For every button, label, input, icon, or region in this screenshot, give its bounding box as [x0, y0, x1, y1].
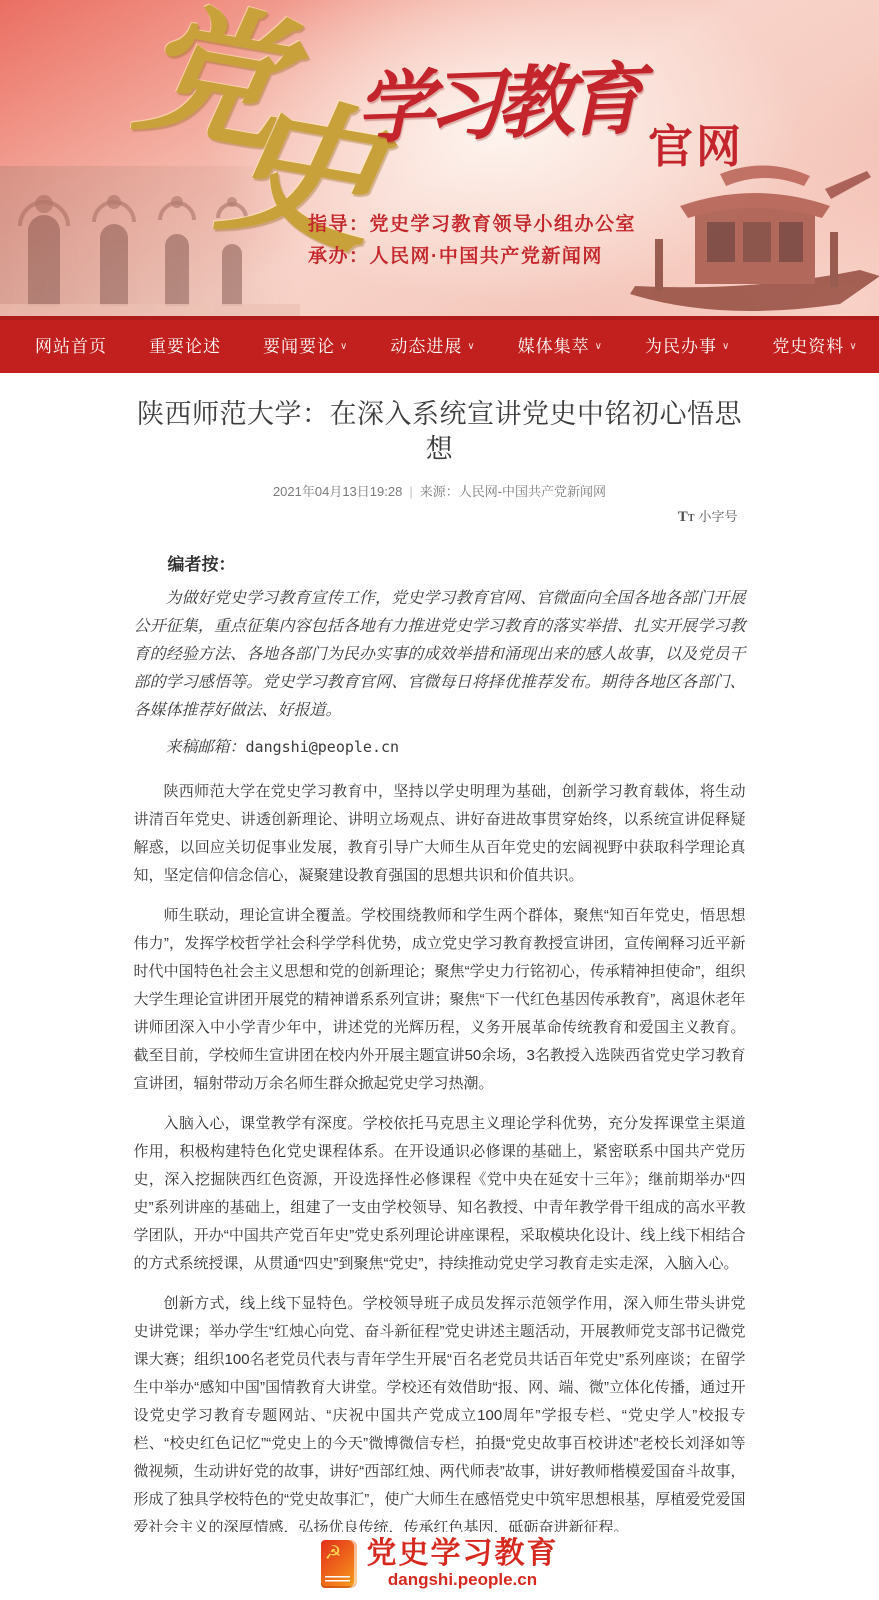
book-pages-decoration [325, 1576, 350, 1584]
footer-site-name: 党史学习教育 [367, 1538, 559, 1570]
font-size-control[interactable]: TT小字号 [134, 506, 746, 526]
submission-label: 来稿邮箱： [166, 739, 246, 756]
chevron-down-icon: ∨ [340, 338, 348, 352]
nav-item-party-history-materials[interactable]: 党史资料 ∨ [772, 332, 857, 357]
submission-line: 来稿邮箱：dangshi@people.cn [134, 733, 746, 762]
nav-item-important-discourse[interactable]: 重要论述 [149, 332, 221, 357]
red-book-icon: ☭ [321, 1540, 357, 1588]
nav-item-media-highlights[interactable]: 媒体集萃 ∨ [518, 332, 603, 357]
article-source: 来源：人民网-中国共产党新闻网 [420, 484, 606, 499]
nav-item-serve-people[interactable]: 为民办事 ∨ [645, 332, 730, 357]
editor-note-label: 编者按： [134, 550, 746, 575]
main-nav: 网站首页 重要论述 要闻要论 ∨ 动态进展 ∨ 媒体集萃 ∨ 为民办事 ∨ 党史… [0, 316, 879, 373]
font-size-icon: T [678, 509, 688, 525]
body-paragraph: 陕西师范大学在党史学习教育中，坚持以学史明理为基础，创新学习教育载体，将生动讲清… [134, 778, 746, 890]
site-suffix-guanwang: 官网 [648, 124, 744, 169]
body-paragraph: 创新方式，线上线下显特色。学校领导班子成员发挥示范领学作用，深入师生带头讲党史讲… [134, 1290, 746, 1532]
chevron-down-icon: ∨ [467, 338, 475, 352]
calligraphy-xuexijiaoyu: 学习教育 [355, 61, 638, 149]
hammer-sickle-icon: ☭ [325, 1542, 342, 1565]
chevron-down-icon: ∨ [722, 338, 730, 352]
footer-logo[interactable]: ☭ 党史学习教育 dangshi.people.cn [0, 1538, 879, 1590]
body-paragraph: 师生联动，理论宣讲全覆盖。学校围绕教师和学生两个群体，聚焦“知百年党史，悟思想伟… [134, 902, 746, 1098]
publish-date: 2021年04月13日19:28 [273, 484, 402, 499]
host-line: 承办：人民网·中国共产党新闻网 [308, 241, 636, 273]
article-container: 陕西师范大学：在深入系统宣讲党史中铭初心悟思想 2021年04月13日19:28… [134, 397, 746, 1532]
nav-item-home[interactable]: 网站首页 [35, 332, 107, 357]
nav-item-key-news[interactable]: 要闻要论 ∨ [263, 332, 348, 357]
font-size-label: 小字号 [698, 509, 737, 524]
banner-credits: 指导：党史学习教育领导小组办公室 承办：人民网·中国共产党新闻网 [308, 209, 636, 273]
editor-note-text: 为做好党史学习教育宣传工作，党史学习教育官网、官微面向全国各地各部门开展公开征集… [134, 585, 746, 725]
guide-line: 指导：党史学习教育领导小组办公室 [308, 209, 636, 241]
article-meta: 2021年04月13日19:28|来源：人民网-中国共产党新闻网 [134, 481, 746, 500]
chevron-down-icon: ∨ [849, 338, 857, 352]
meta-separator: | [409, 484, 412, 499]
nav-item-developments[interactable]: 动态进展 ∨ [390, 332, 475, 357]
article-title: 陕西师范大学：在深入系统宣讲党史中铭初心悟思想 [134, 397, 746, 467]
article-body: 陕西师范大学在党史学习教育中，坚持以学史明理为基础，创新学习教育载体，将生动讲清… [134, 762, 746, 1532]
header-banner: 党 史 学习教育 官网 指导：党史学习教育领导小组办公室 承办：人民网·中国共产… [0, 0, 879, 316]
footer-site-url[interactable]: dangshi.people.cn [388, 1570, 537, 1590]
body-paragraph: 入脑入心，课堂教学有深度。学校依托马克思主义理论学科优势，充分发挥课堂主渠道作用… [134, 1110, 746, 1278]
chevron-down-icon: ∨ [595, 338, 603, 352]
submission-email: dangshi@people.cn [246, 738, 400, 756]
